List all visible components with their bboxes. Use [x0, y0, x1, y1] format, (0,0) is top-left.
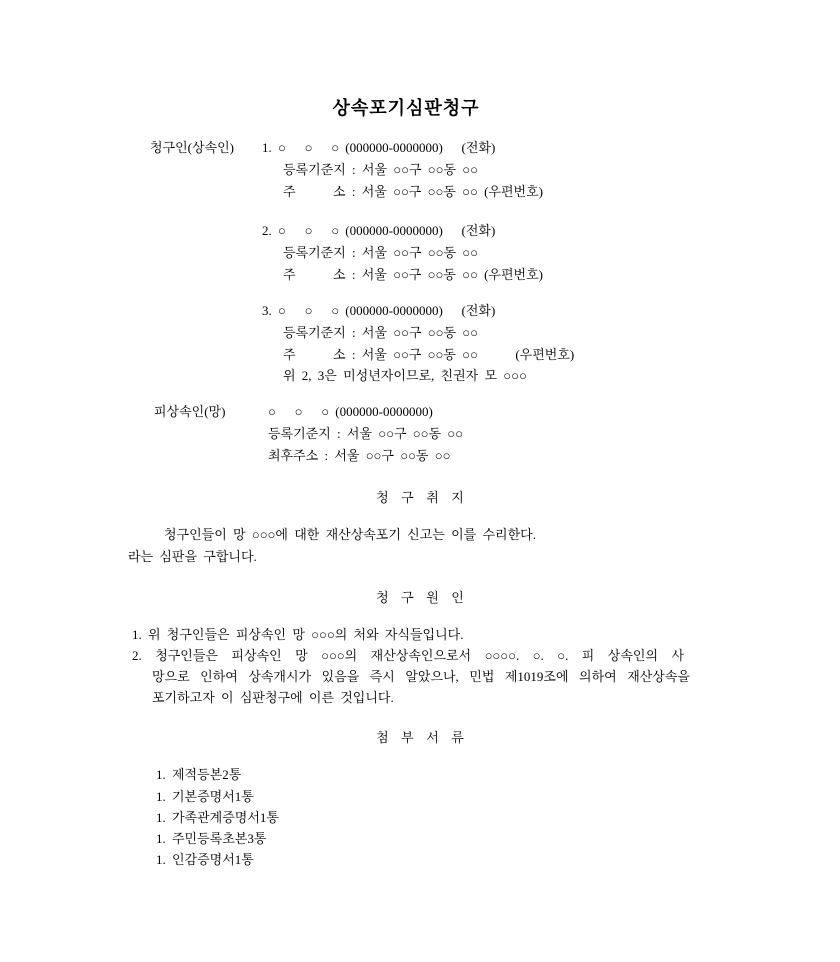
petitioner-minor-note: 위 2, 3은 미성년자이므로, 친권자 모 ○○○: [283, 368, 527, 384]
attachment-item-2: 1. 기본증명서1통: [156, 789, 254, 805]
petitioner-2-name: 2. ○ ○ ○ (000000-0000000) (전화): [262, 223, 495, 239]
decedent-registered-domicile: 등록기준지 : 서울 ○○구 ○○동 ○○: [268, 426, 463, 442]
petitioner-3-address: 주 소 : 서울 ○○구 ○○동 ○○ (우편번호): [283, 347, 574, 363]
cause-item-2-line-2: 망으로인하여상속개시가있음을즉시알았으나,민법제1019조에의하여재산상속을: [152, 669, 690, 685]
purport-line-1: 청구인들이 망 ○○○에 대한 재산상속포기 신고는 이를 수리한다.: [164, 527, 536, 543]
document-page: 상속포기심판청구 청구인(상속인) 1. ○ ○ ○ (000000-00000…: [0, 0, 840, 962]
attachment-item-3: 1. 가족관계증명서1통: [156, 810, 279, 826]
attachment-item-5: 1. 인감증명서1통: [156, 852, 254, 868]
attachment-item-1: 1. 제적등본2통: [156, 767, 241, 783]
purport-heading: 청 구 취 지: [0, 487, 840, 506]
attachment-item-4: 1. 주민등록초본3통: [156, 831, 266, 847]
petitioner-2-address: 주 소 : 서울 ○○구 ○○동 ○○ (우편번호): [283, 267, 543, 283]
cause-heading: 청 구 원 인: [0, 587, 840, 606]
petitioner-3-name: 3. ○ ○ ○ (000000-0000000) (전화): [262, 303, 495, 319]
document-title: 상속포기심판청구: [0, 94, 812, 120]
decedent-last-address: 최후주소 : 서울 ○○구 ○○동 ○○: [268, 448, 450, 464]
petitioner-label: 청구인(상속인): [150, 140, 234, 156]
petitioner-2-registered-domicile: 등록기준지 : 서울 ○○구 ○○동 ○○: [283, 245, 478, 261]
petitioner-1-address: 주 소 : 서울 ○○구 ○○동 ○○ (우편번호): [283, 184, 543, 200]
cause-item-2-line-3: 포기하고자 이 심판청구에 이른 것입니다.: [152, 690, 394, 706]
purport-line-2: 라는 심판을 구합니다.: [128, 549, 257, 565]
cause-item-1: 1. 위 청구인들은 피상속인 망 ○○○의 처와 자식들입니다.: [132, 627, 463, 643]
decedent-name: ○ ○ ○ (000000-0000000): [268, 404, 433, 420]
petitioner-1-registered-domicile: 등록기준지 : 서울 ○○구 ○○동 ○○: [283, 162, 478, 178]
petitioner-3-registered-domicile: 등록기준지 : 서울 ○○구 ○○동 ○○: [283, 325, 478, 341]
petitioner-1-name: 1. ○ ○ ○ (000000-0000000) (전화): [262, 140, 495, 156]
decedent-label: 피상속인(망): [154, 404, 225, 420]
cause-item-2-line-1: 2.청구인들은피상속인망○○○의재산상속인으로서○○○○.○.○.피상속인의사: [132, 648, 684, 664]
attachments-heading: 첨 부 서 류: [0, 727, 840, 746]
